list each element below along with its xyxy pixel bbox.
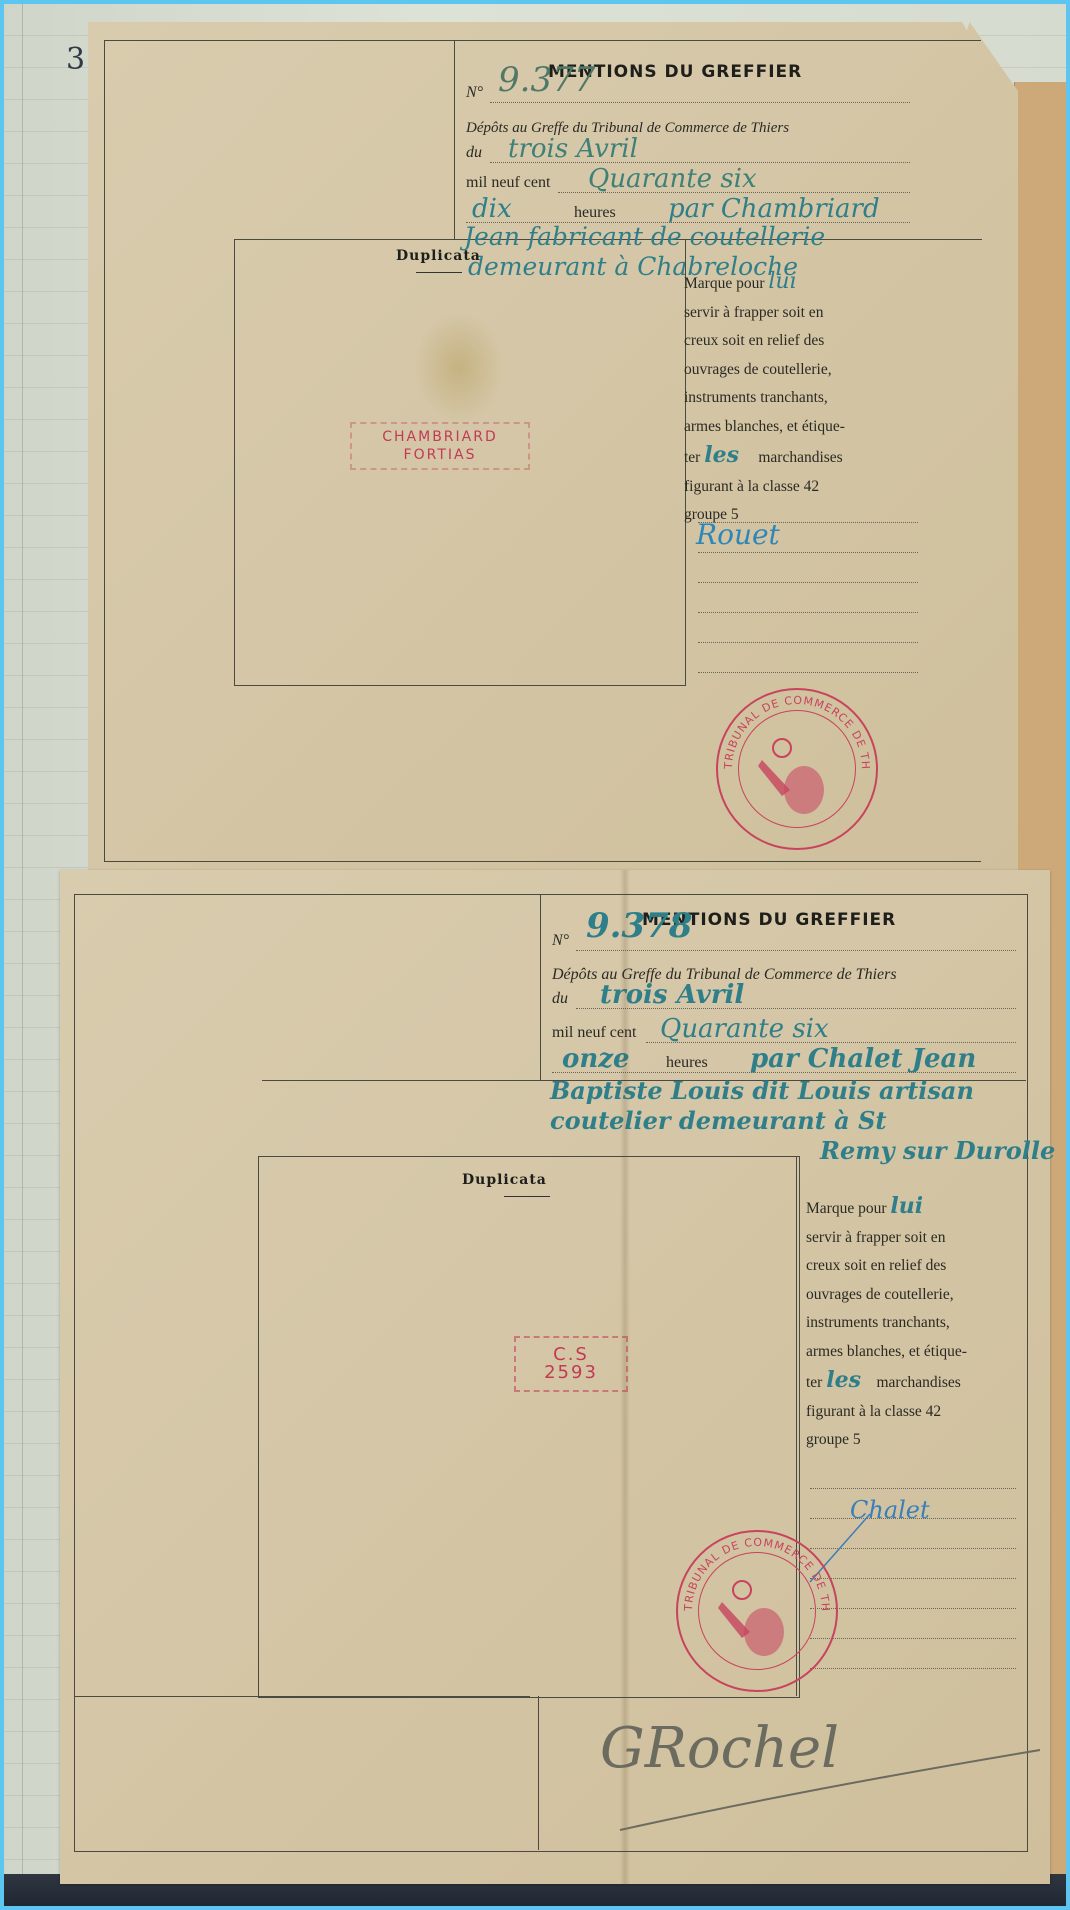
column-divider	[540, 894, 541, 1080]
registration-card-top: MENTIONS DU GREFFIER N° 9.377 Dépôts au …	[88, 22, 1018, 884]
mark-stamp: CHAMBRIARD FORTIAS	[350, 422, 530, 470]
marque-line: instruments tranchants,	[684, 384, 924, 413]
court-seal-icon: TRIBUNAL DE COMMERCE DE THIERS	[716, 688, 878, 850]
marque-line: figurant à la classe 42	[684, 473, 924, 502]
signature-line	[698, 672, 918, 673]
document-photo-frame: 3 MENTIONS DU GREFFIER N° 9.377 Dépôts a…	[4, 4, 1066, 1906]
seal-emblem: TRIBUNAL DE COMMERCE DE THIERS	[678, 1532, 836, 1690]
number-label: N°	[552, 932, 569, 950]
handwritten-marque-pour: lui	[890, 1193, 923, 1219]
handwritten-hour: dix	[472, 194, 512, 224]
svg-text:TRIBUNAL DE COMMERCE DE THIERS: TRIBUNAL DE COMMERCE DE THIERS	[718, 690, 872, 770]
hour-label: heures	[574, 204, 616, 222]
handwritten-date: trois Avril	[508, 134, 638, 164]
handwritten-ter: les	[826, 1367, 861, 1393]
handwritten-depositor-line-4: Remy sur Durolle	[820, 1136, 1055, 1165]
du-label: du	[466, 144, 482, 162]
signature-line	[698, 612, 918, 613]
signature-line	[810, 1668, 1016, 1669]
handwritten-depositor-line-1: par Chambriard	[668, 194, 880, 224]
duplicata-rule	[416, 272, 462, 273]
handwritten-year: Quarante six	[588, 164, 757, 194]
marque-line: marchandises	[876, 1374, 960, 1391]
mark-stamp-line-2: FORTIAS	[352, 446, 528, 464]
clerk-signature-underline	[600, 1730, 1050, 1850]
duplicata-rule	[504, 1196, 550, 1197]
signature-line	[698, 582, 918, 583]
mark-stamp-line-2: 2593	[516, 1364, 626, 1382]
marque-line: Marque pour	[806, 1200, 887, 1217]
marque-line: creux soit en relief des	[684, 327, 924, 356]
page-number: 3	[66, 42, 85, 77]
marque-line: figurant à la classe 42	[806, 1398, 1016, 1427]
lower-divider	[74, 1696, 530, 1697]
signature-line	[810, 1608, 1016, 1609]
depositor-signature: Rouet	[696, 518, 780, 551]
marque-text: Marque pour lui servir à frapper soit en…	[806, 1192, 1016, 1455]
signature-line	[810, 1488, 1016, 1489]
number-label: N°	[466, 84, 483, 102]
stain	[414, 312, 504, 422]
mark-stamp-line-1: CHAMBRIARD	[352, 428, 528, 446]
marque-line: ter	[684, 449, 700, 466]
record-number: 9.377	[498, 60, 595, 100]
marque-line: Marque pour	[684, 275, 765, 292]
svg-text:TRIBUNAL DE COMMERCE DE THIERS: TRIBUNAL DE COMMERCE DE THIERS	[678, 1532, 832, 1612]
marque-text: Marque pour lui servir à frapper soit en…	[684, 268, 924, 530]
handwritten-ter: les	[704, 442, 739, 468]
signature-line	[698, 642, 918, 643]
year-label: mil neuf cent	[466, 174, 550, 192]
record-number: 9.378	[586, 906, 692, 946]
marque-line: ouvrages de coutellerie,	[684, 356, 924, 385]
handwritten-marque-pour: lui	[768, 269, 796, 294]
hour-label: heures	[666, 1054, 708, 1072]
marque-line: ter	[806, 1374, 822, 1391]
marque-line: marchandises	[758, 449, 842, 466]
marque-line: armes blanches, et étique-	[684, 413, 924, 442]
seal-emblem: TRIBUNAL DE COMMERCE DE THIERS	[718, 690, 876, 848]
marque-line: groupe 5	[806, 1426, 1016, 1455]
handwritten-year: Quarante six	[660, 1014, 829, 1044]
marque-line: servir à frapper soit en	[684, 299, 924, 328]
number-line	[490, 102, 910, 103]
marque-line: instruments tranchants,	[806, 1309, 1016, 1338]
handwritten-depositor-line-3: coutelier demeurant à St	[550, 1106, 887, 1135]
lower-column-divider	[538, 1696, 539, 1850]
marque-line: ouvrages de coutellerie,	[806, 1281, 1016, 1310]
signature-line	[698, 552, 918, 553]
marque-line: creux soit en relief des	[806, 1252, 1016, 1281]
handwritten-depositor-line-2: Baptiste Louis dit Louis artisan	[550, 1076, 974, 1105]
duplicata-title: Duplicata	[396, 248, 481, 264]
marque-line: armes blanches, et étique-	[806, 1338, 1016, 1367]
registration-card-bottom: MENTIONS DU GREFFIER N° 9.378 Dépôts au …	[60, 870, 1050, 1884]
ledger-margin-line	[22, 4, 23, 1906]
column-divider	[454, 40, 455, 240]
court-seal-icon: TRIBUNAL DE COMMERCE DE THIERS	[676, 1530, 838, 1692]
mark-stamp: C.S 2593	[514, 1336, 628, 1392]
handwritten-depositor-line-1: par Chalet Jean	[750, 1044, 976, 1074]
du-label: du	[552, 990, 568, 1008]
number-line	[576, 950, 1016, 951]
duplicata-title: Duplicata	[462, 1172, 547, 1188]
signature-line	[810, 1638, 1016, 1639]
marque-line: servir à frapper soit en	[806, 1224, 1016, 1253]
